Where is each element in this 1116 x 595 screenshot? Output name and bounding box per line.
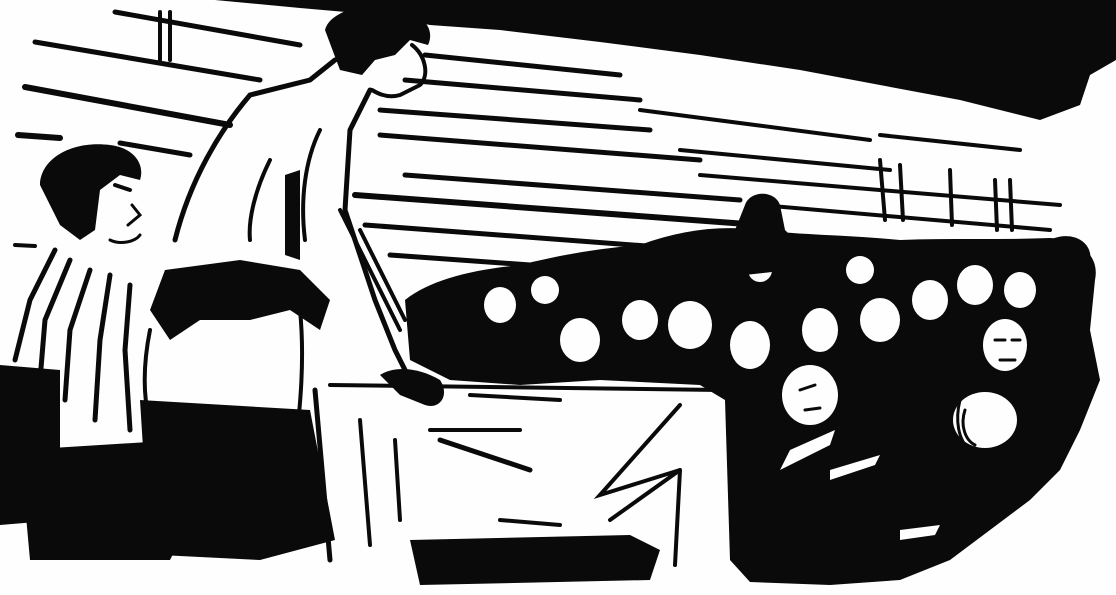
audience-crowd — [405, 194, 1100, 585]
draped-table — [315, 385, 720, 585]
ink-illustration — [0, 0, 1116, 595]
illustration-canvas: Black-and-white ink sketch of a man stan… — [0, 0, 1116, 595]
